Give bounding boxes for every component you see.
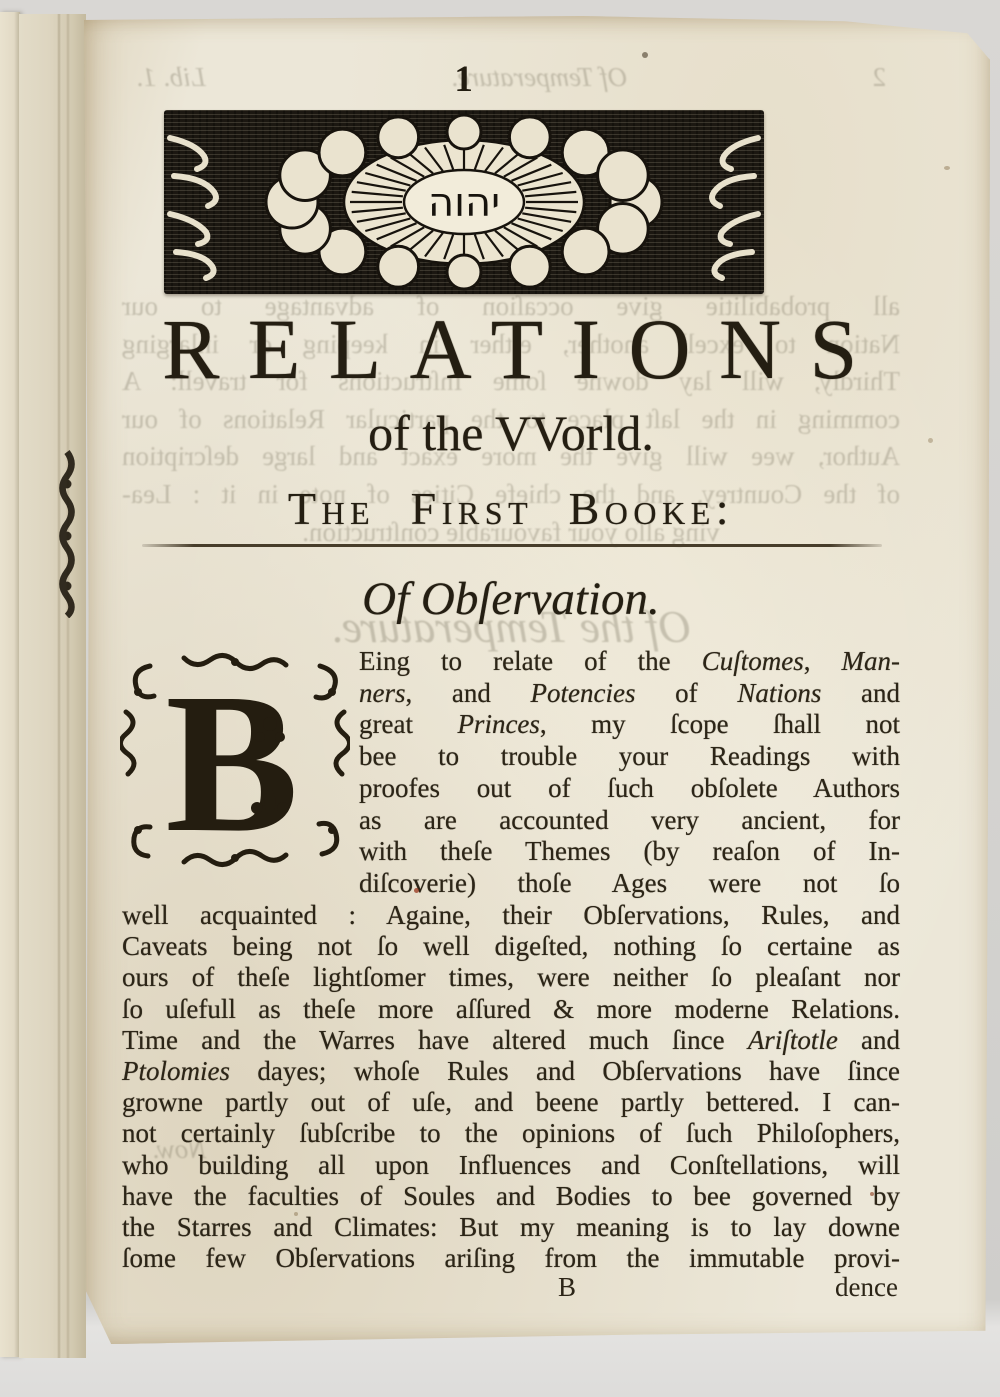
edge-ornament-graphic <box>58 450 76 618</box>
catchword: dence <box>835 1272 898 1303</box>
page-subtitle: of the VVorld. <box>122 404 900 462</box>
text-line: Caveats being not ſo well digeſted, noth… <box>122 931 900 962</box>
direction-line: B dence <box>122 1272 900 1306</box>
signature-mark: B <box>558 1272 576 1303</box>
book-page: 2 Of Temperature. Lib. 1. all probabilit… <box>84 16 990 1344</box>
text-line: Eing to relate of the Cuſtomes, Man- <box>359 646 900 678</box>
text-line: with theſe Themes (by reaſon of In- <box>359 836 900 868</box>
text-line: Time and the Warres have altered much ſi… <box>122 1025 900 1056</box>
underlying-leaf-edge <box>0 12 20 1357</box>
foxing-speck <box>294 1212 298 1216</box>
text-line: ours of theſe lightſomer times, were nei… <box>122 962 900 993</box>
text-line: ners, and Potencies of Nations and <box>359 678 900 710</box>
section-heading: Of Obſervation. <box>122 572 900 626</box>
foxing-speck <box>928 438 933 443</box>
gutter-page-curve <box>19 14 86 1358</box>
page-title: RELATIONS <box>122 302 900 397</box>
heading-rule <box>142 544 882 547</box>
ink-speck <box>870 1192 874 1196</box>
text-line: ſo uſefull as theſe more aſſured & more … <box>122 994 900 1025</box>
text-line: the Starres and Climates: But my meaning… <box>122 1212 900 1243</box>
text-line: Ptolomies dayes; whoſe Rules and Obſerva… <box>122 1056 900 1087</box>
paragraph-full-width: well acquainted : Againe, their Obſervat… <box>122 900 900 1274</box>
text-line: not certainly ſubſcribe to the opinions … <box>122 1118 900 1149</box>
book-heading: The First Booke: <box>122 482 900 535</box>
ink-speck <box>414 888 419 893</box>
text-line: have the faculties of Soules and Bodies … <box>122 1181 900 1212</box>
dropcap-graphic: B <box>120 650 350 870</box>
torn-edge-ornament <box>58 450 76 618</box>
ink-speck <box>642 52 648 58</box>
text-line: bee to trouble your Readings with <box>359 741 900 773</box>
text-line: proofes out of ſuch obſolete Authors <box>359 773 900 805</box>
paragraph-beside-dropcap: Eing to relate of the Cuſtomes, Man-ners… <box>359 646 900 900</box>
book-photograph: 2 Of Temperature. Lib. 1. all probabilit… <box>0 0 1000 1397</box>
text-line: who building all upon Influences and Con… <box>122 1150 900 1181</box>
foxing-speck <box>944 166 950 170</box>
text-line: as are accounted very ancient, for <box>359 805 900 837</box>
text-line: ſome few Obſervations ariſing from the i… <box>122 1243 900 1274</box>
dropcap-initial: B <box>120 650 350 870</box>
dropcap-letter: B <box>165 653 298 870</box>
text-line: diſcoverie) thoſe Ages were not ſo <box>359 868 900 900</box>
text-line: growne partly out of uſe, and beene part… <box>122 1087 900 1118</box>
text-line: well acquainted : Againe, their Obſervat… <box>122 900 900 931</box>
text-line: great Princes, my ſcope ſhall not <box>359 709 900 741</box>
